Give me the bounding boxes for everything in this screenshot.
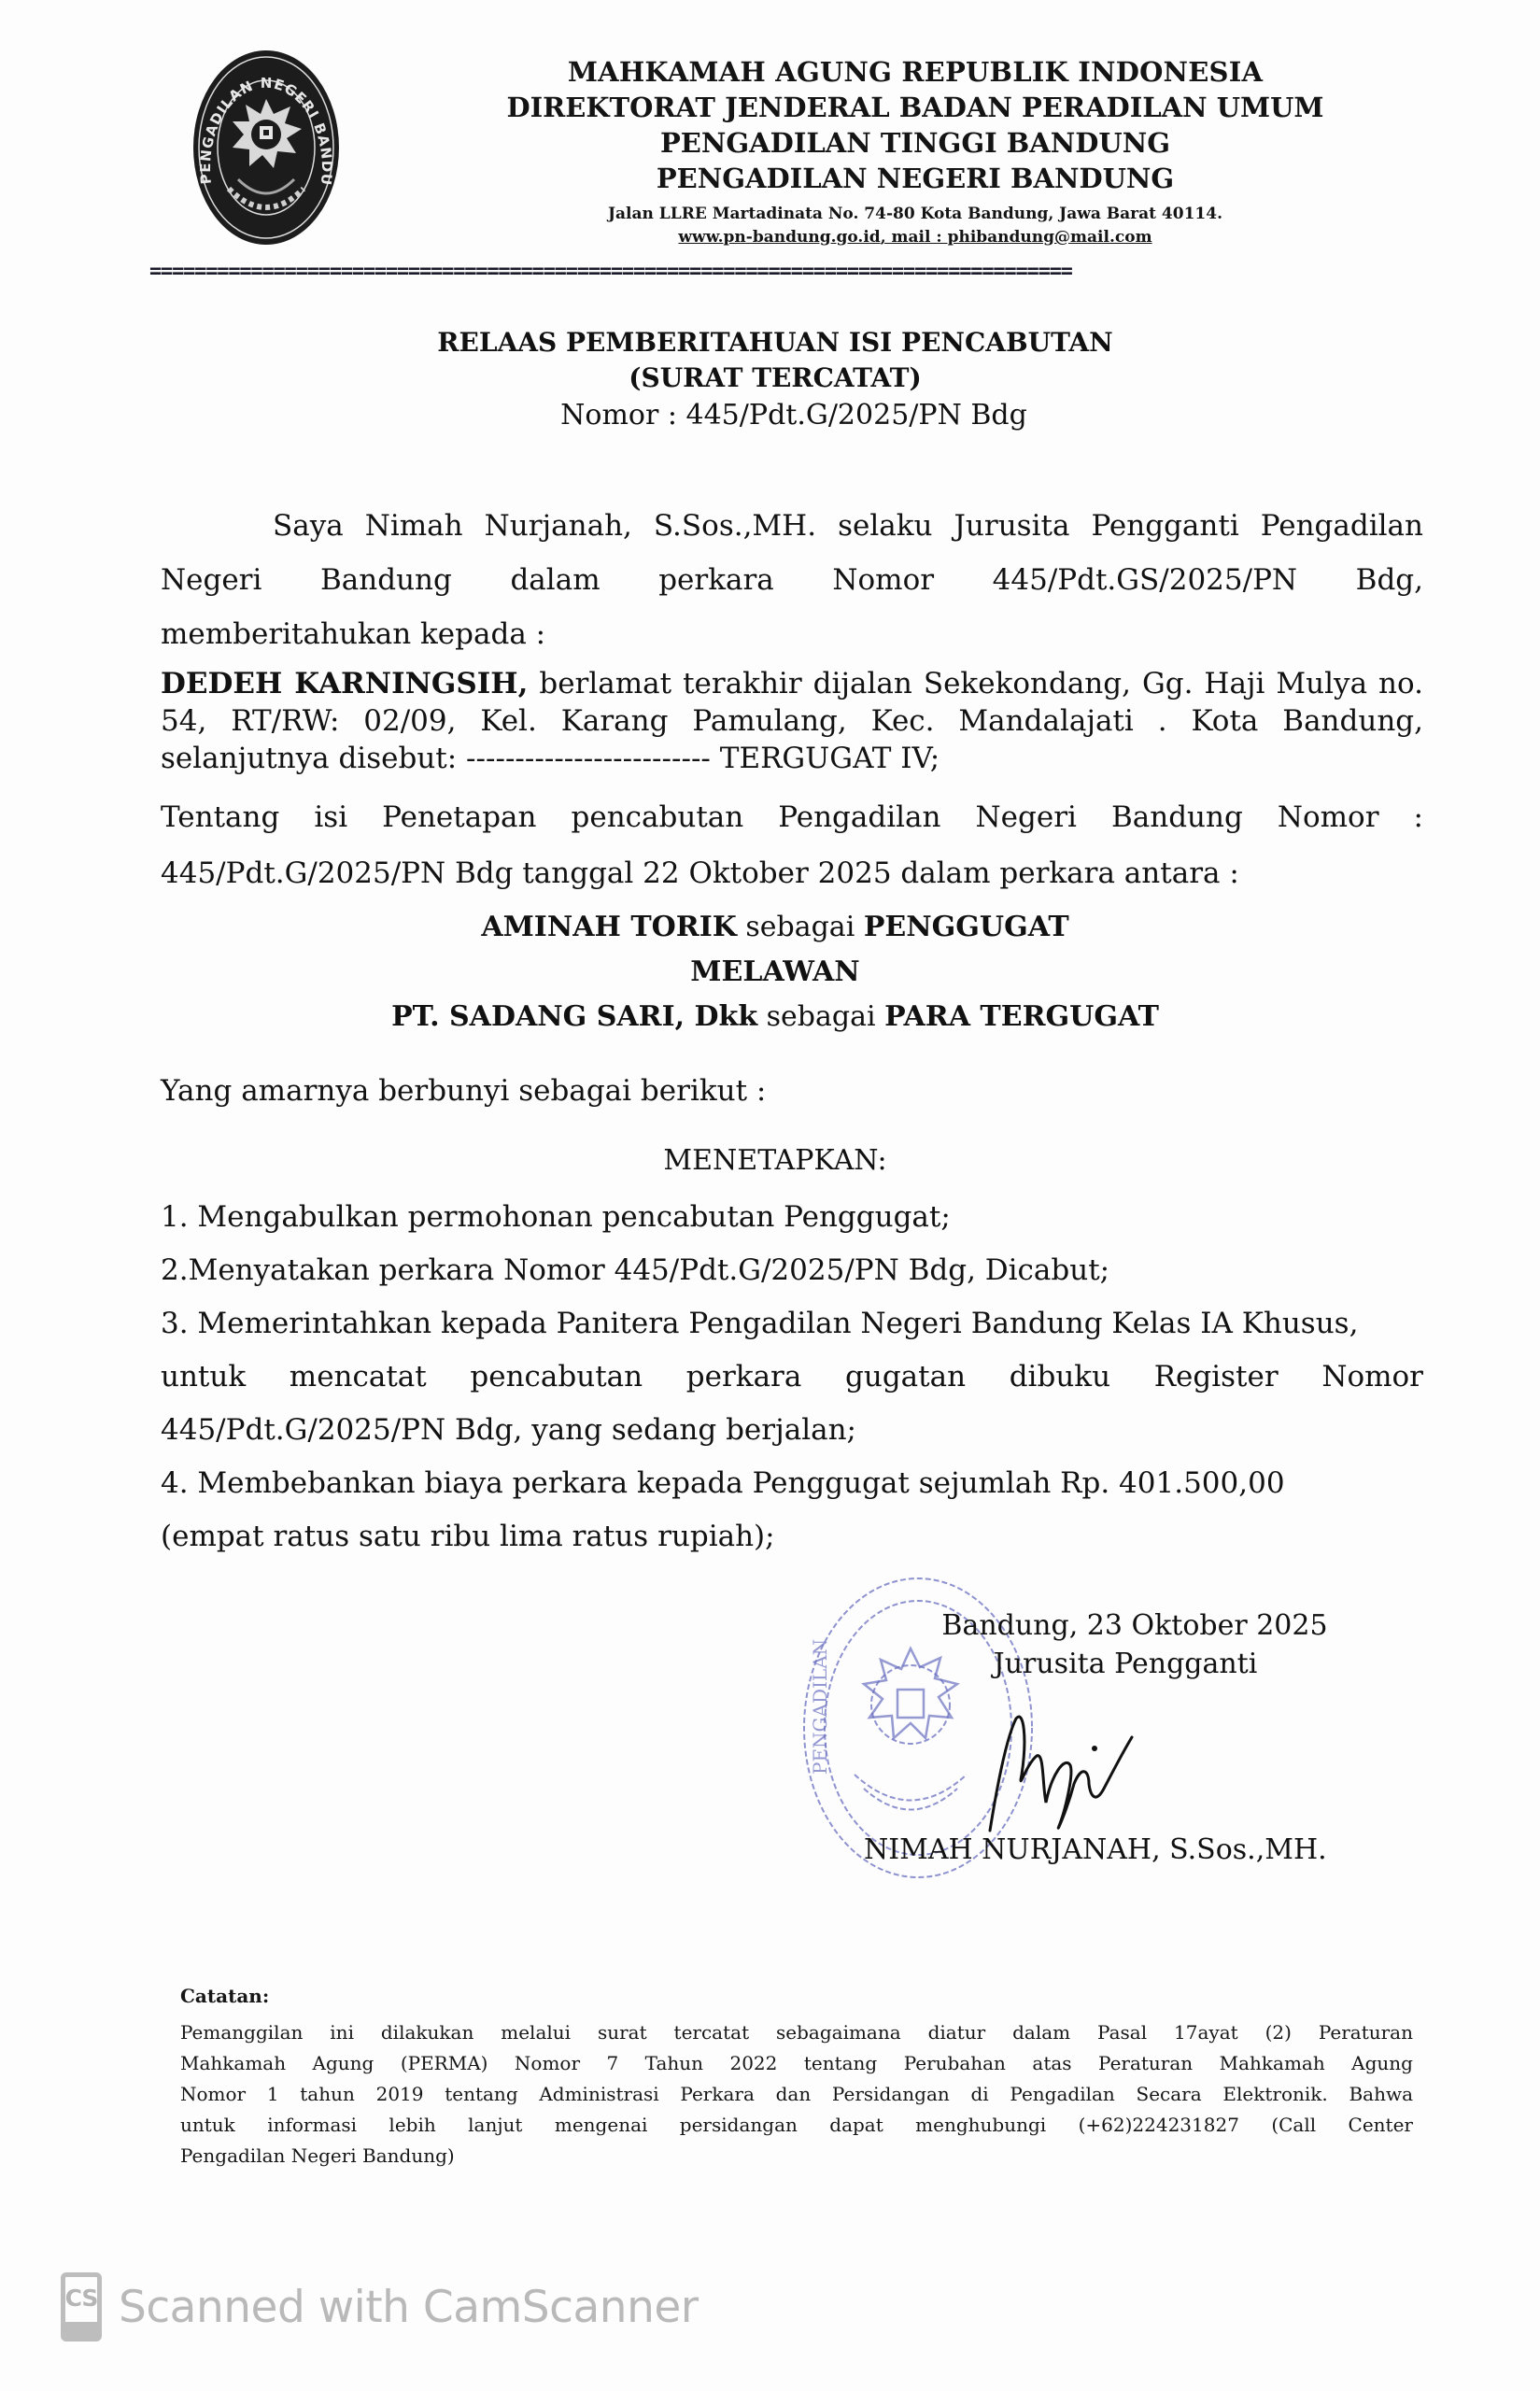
plaintiff-line: AMINAH TORIK sebagai PENGGUGAT [280,906,1270,951]
mail-label: , mail : [881,228,948,247]
defendant-as: sebagai [757,1000,884,1033]
regarding-paragraph: Tentang isi Penetapan pencabutan Pengadi… [161,796,1423,908]
ruling-item: 445/Pdt.G/2025/PN Bdg, yang sedang berja… [161,1408,1423,1462]
intro-line: memberitahukan kepada : [161,613,1423,667]
ruling-item: untuk mencatat pencabutan perkara gugata… [161,1355,1423,1408]
ruling-intro: Yang amarnya berbunyi sebagai berikut : [161,1069,1423,1112]
court-emblem-icon: PENGADILAN NEGERI BANDUNG [191,49,341,247]
recipient-line: 54, RT/RW: 02/09, Kel. Karang Pamulang, … [161,702,1423,740]
regarding-line: Tentang isi Penetapan pencabutan Pengadi… [161,796,1423,852]
recipient-line: DEDEH KARNINGSIH, berlamat terakhir dija… [161,665,1423,702]
recipient-name: DEDEH KARNINGSIH, [161,667,528,700]
ruling-item: 3. Memerintahkan kepada Panitera Pengadi… [161,1302,1423,1355]
letterhead-line-district-court: PENGADILAN NEGERI BANDUNG [448,161,1382,196]
letterhead-address: Jalan LLRE Martadinata No. 74-80 Kota Ba… [448,202,1382,226]
letterhead: MAHKAMAH AGUNG REPUBLIK INDONESIA DIREKT… [448,54,1382,248]
camscanner-badge: CS [65,2285,98,2312]
plaintiff-as: sebagai [737,911,864,943]
camscanner-logo-icon: CS [61,2272,102,2341]
defendant-role: PARA TERGUGAT [884,1000,1159,1033]
notes-heading: Catatan: [180,1982,1413,2010]
handwritten-signature-icon [981,1700,1186,1840]
notes-line: untuk informasi lebih lanjut mengenai pe… [180,2110,1413,2141]
ruling-items: 1. Mengabulkan permohonan pencabutan Pen… [161,1195,1423,1568]
signature-block: Bandung, 23 Oktober 2025 Jurusita Pengga… [841,1606,1363,1683]
intro-paragraph: Saya Nimah Nurjanah, S.Sos.,MH. selaku J… [161,504,1423,667]
ruling-item: 1. Mengabulkan permohonan pencabutan Pen… [161,1195,1423,1249]
plaintiff-role: PENGGUGAT [864,911,1069,943]
intro-line: Saya Nimah Nurjanah, S.Sos.,MH. selaku J… [161,504,1423,559]
regarding-line: 445/Pdt.G/2025/PN Bdg tanggal 22 Oktober… [161,852,1423,908]
letterhead-contact: www.pn-bandung.go.id, mail : phibandung@… [448,226,1382,248]
letterhead-separator: ========================================… [149,263,1415,280]
signature-place-date: Bandung, 23 Oktober 2025 [906,1606,1363,1646]
document-title: RELAAS PEMBERITAHUAN ISI PENCABUTAN (SUR… [280,325,1270,435]
signatory-name: NIMAH NURJANAH, S.Sos.,MH. [864,1831,1327,1870]
intro-line: Negeri Bandung dalam perkara Nomor 445/P… [161,559,1423,613]
recipient-address-part: berlamat terakhir dijalan Sekekondang, G… [528,667,1423,700]
recipient-paragraph: DEDEH KARNINGSIH, berlamat terakhir dija… [161,665,1423,777]
ruling-item: 4. Membebankan biaya perkara kepada Peng… [161,1462,1423,1515]
letterhead-line-high-court: PENGADILAN TINGGI BANDUNG [448,125,1382,161]
versus-line: MELAWAN [280,951,1270,996]
title-line-2: (SURAT TERCATAT) [280,361,1270,396]
ruling-item: 2.Menyatakan perkara Nomor 445/Pdt.G/202… [161,1249,1423,1302]
notes-line: Pengadilan Negeri Bandung) [180,2141,1413,2172]
ruling-heading: MENETAPKAN: [280,1139,1270,1182]
versus-label: MELAWAN [690,955,859,988]
email-link[interactable]: phibandung@mail.com [948,228,1152,247]
camscanner-watermark: CS Scanned with CamScanner [61,2270,699,2344]
document-page: PENGADILAN NEGERI BANDUNG MAHKAMAH AGUNG… [0,0,1540,2391]
letterhead-line-directorate: DIREKTORAT JENDERAL BADAN PERADILAN UMUM [448,90,1382,125]
title-line-1: RELAAS PEMBERITAHUAN ISI PENCABUTAN [280,325,1270,361]
case-parties: AMINAH TORIK sebagai PENGGUGAT MELAWAN P… [280,906,1270,1040]
camscanner-label: Scanned with CamScanner [119,2282,699,2333]
case-number: Nomor : 445/Pdt.G/2025/PN Bdg [318,396,1270,435]
notes-line: Mahkamah Agung (PERMA) Nomor 7 Tahun 202… [180,2048,1413,2079]
notes-line: Pemanggilan ini dilakukan melalui surat … [180,2017,1413,2048]
notes-section: Catatan: Pemanggilan ini dilakukan melal… [180,1982,1413,2172]
recipient-line: selanjutnya disebut: -------------------… [161,740,1423,777]
defendant-name: PT. SADANG SARI, Dkk [391,1000,757,1033]
notes-line: Nomor 1 tahun 2019 tentang Administrasi … [180,2079,1413,2110]
ruling-item: (empat ratus satu ribu lima ratus rupiah… [161,1515,1423,1568]
defendant-line: PT. SADANG SARI, Dkk sebagai PARA TERGUG… [280,996,1270,1040]
signature-role: Jurusita Pengganti [887,1646,1363,1683]
website-link[interactable]: www.pn-bandung.go.id [678,228,880,247]
svg-text:PENGADILAN: PENGADILAN [809,1639,831,1775]
letterhead-line-supreme-court: MAHKAMAH AGUNG REPUBLIK INDONESIA [448,54,1382,90]
plaintiff-name: AMINAH TORIK [481,911,737,943]
